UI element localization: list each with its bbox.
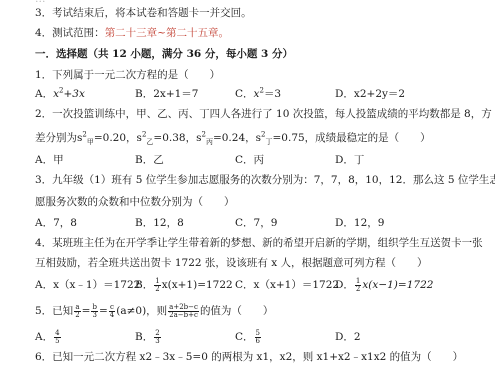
option-label: D． xyxy=(335,279,354,291)
option-tail: ＝3 xyxy=(264,88,281,100)
fraction: 56 xyxy=(255,330,261,345)
option-label: A． xyxy=(35,331,53,343)
fraction: 23 xyxy=(154,330,160,345)
q1-option-d[interactable]: D．x2+2y＝2 xyxy=(335,86,405,102)
q5-option-b[interactable]: B．23 xyxy=(135,327,162,347)
note-3: 3．考试结束后，将本试卷和答题卡一并交回。 xyxy=(35,6,252,20)
stem-text: 5．已知 xyxy=(35,305,73,317)
variance-jia: =0.20， xyxy=(94,132,137,144)
sub-jia: 甲 xyxy=(87,138,94,146)
fraction-c-4: c4 xyxy=(109,304,115,319)
option-label: C． xyxy=(235,88,254,100)
q3-option-d[interactable]: D．12，9 xyxy=(335,215,384,231)
option-label: A． xyxy=(35,88,53,100)
denominator: 3 xyxy=(154,338,160,345)
variance-bing: =0.24， xyxy=(213,132,256,144)
q5-option-a[interactable]: A．45 xyxy=(35,327,62,347)
variance-ding: =0.75，成绩最稳定的是（ ） xyxy=(273,132,431,144)
q1-option-a[interactable]: A．x2+3x xyxy=(35,86,85,102)
q3-option-a[interactable]: A．7，8 xyxy=(35,215,77,231)
question-1-options: A．x2+3x B．2x+1＝7 C．x2＝3 D．x2+2y＝2 xyxy=(35,86,475,102)
option-label: B． xyxy=(135,331,153,343)
equals: = xyxy=(99,305,108,317)
stem-text: 差分别为 xyxy=(35,132,77,144)
q3-option-c[interactable]: C．7，9 xyxy=(235,215,277,231)
question-3-stem-line1: 3．九年级（1）班有 5 位学生参加志愿服务的次数分别为：7，7，8，10，12… xyxy=(35,173,495,187)
question-4-options: A．x（x﹣1）＝1722 B．12x(x+1)=1722 C．x（x+1）＝1… xyxy=(35,277,475,293)
q5-option-d[interactable]: D．2 xyxy=(335,327,361,347)
option-label: C． xyxy=(235,331,254,343)
denominator: 2 xyxy=(74,312,80,319)
question-3-options: A．7，8 B．12，8 C．7，9 D．12，9 xyxy=(35,215,475,231)
denominator: 6 xyxy=(255,338,261,345)
option-tail: x(x−1)=1722 xyxy=(362,279,433,291)
question-3-stem-line2: 愿服务次数的众数和中位数分别为（ ） xyxy=(35,195,235,209)
q1-option-c[interactable]: C．x2＝3 xyxy=(235,86,281,102)
equals: = xyxy=(82,305,91,317)
fraction-one-half: 12 xyxy=(154,278,160,293)
question-4-stem-line2: 互相鼓励，若全班共送出贺卡 1722 张，设该班有 x 人，根据题意可列方程（ … xyxy=(35,256,428,270)
question-1-stem: 1．下列属于一元二次方程的是（ ） xyxy=(35,68,220,82)
q2-option-b[interactable]: B．乙 xyxy=(135,152,164,168)
denominator: 2 xyxy=(355,286,361,293)
denominator: 2a−b+c xyxy=(168,312,199,319)
q5-option-c[interactable]: C．56 xyxy=(235,327,262,347)
q4-option-d[interactable]: D．12x(x−1)=1722 xyxy=(335,277,433,293)
denominator: 5 xyxy=(54,338,60,345)
question-2-options: A．甲 B．乙 C．丙 D．丁 xyxy=(35,152,475,168)
condition: (a≠0)，则 xyxy=(116,305,167,317)
q2-option-a[interactable]: A．甲 xyxy=(35,152,64,168)
q3-option-b[interactable]: B．12，8 xyxy=(135,215,184,231)
question-6-stem: 6．已知一元二次方程 x2﹣3x﹣5=0 的两根为 x1，x2，则 x1+x2﹣… xyxy=(35,350,463,364)
q2-option-d[interactable]: D．丁 xyxy=(335,152,364,168)
q1-option-b[interactable]: B．2x+1＝7 xyxy=(135,86,198,102)
fraction-one-half: 12 xyxy=(355,278,361,293)
note-4-label: 4．测试范围： xyxy=(35,27,105,39)
question-5-stem: 5．已知a2=b3=c4(a≠0)，则a+2b−c2a−b+c的值为（ ） xyxy=(35,302,273,320)
variance-yi: =0.38， xyxy=(153,132,196,144)
question-2-stem-line2: 差分别为s2甲=0.20，s2乙=0.38，s2丙=0.24，s2丁=0.75，… xyxy=(35,131,431,145)
note-4: 4．测试范围：第二十三章~第二十五章。 xyxy=(35,26,229,40)
denominator: 4 xyxy=(109,312,115,319)
sub-bing: 丙 xyxy=(206,138,213,146)
fraction-a-2: a2 xyxy=(74,304,80,319)
fraction-b-3: b3 xyxy=(91,304,97,319)
q4-option-c[interactable]: C．x（x+1）＝1722 xyxy=(235,277,339,293)
section-title: 一．选择题（共 12 小题，满分 36 分，每小题 3 分） xyxy=(35,47,293,61)
test-range: 第二十三章~第二十五章。 xyxy=(105,27,229,39)
stem-text: 的值为（ ） xyxy=(200,305,274,317)
fraction: 45 xyxy=(54,330,60,345)
q4-option-b[interactable]: B．12x(x+1)=1722 xyxy=(135,277,233,293)
q4-option-a[interactable]: A．x（x﹣1）＝1722 xyxy=(35,277,140,293)
question-5-options: A．45 B．23 C．56 D．2 xyxy=(35,327,475,347)
q2-option-c[interactable]: C．丙 xyxy=(235,152,264,168)
denominator: 2 xyxy=(154,286,160,293)
question-2-stem-line1: 2．一次投篮训练中，甲、乙、丙、丁四人各进行了 10 次投篮，每人投篮成绩的平均… xyxy=(35,107,492,121)
sub-ding: 丁 xyxy=(266,138,273,146)
fraction-expression: a+2b−c2a−b+c xyxy=(168,304,199,319)
denominator: 3 xyxy=(91,312,97,319)
question-4-stem-line1: 4．某班班主任为在开学季让学生带着新的梦想、新的希望开启新的学期，组织学生互送贺… xyxy=(35,236,483,250)
option-tail: +3x xyxy=(63,88,84,100)
option-label: B． xyxy=(135,279,153,291)
option-tail: x(x+1)=1722 xyxy=(162,279,233,291)
